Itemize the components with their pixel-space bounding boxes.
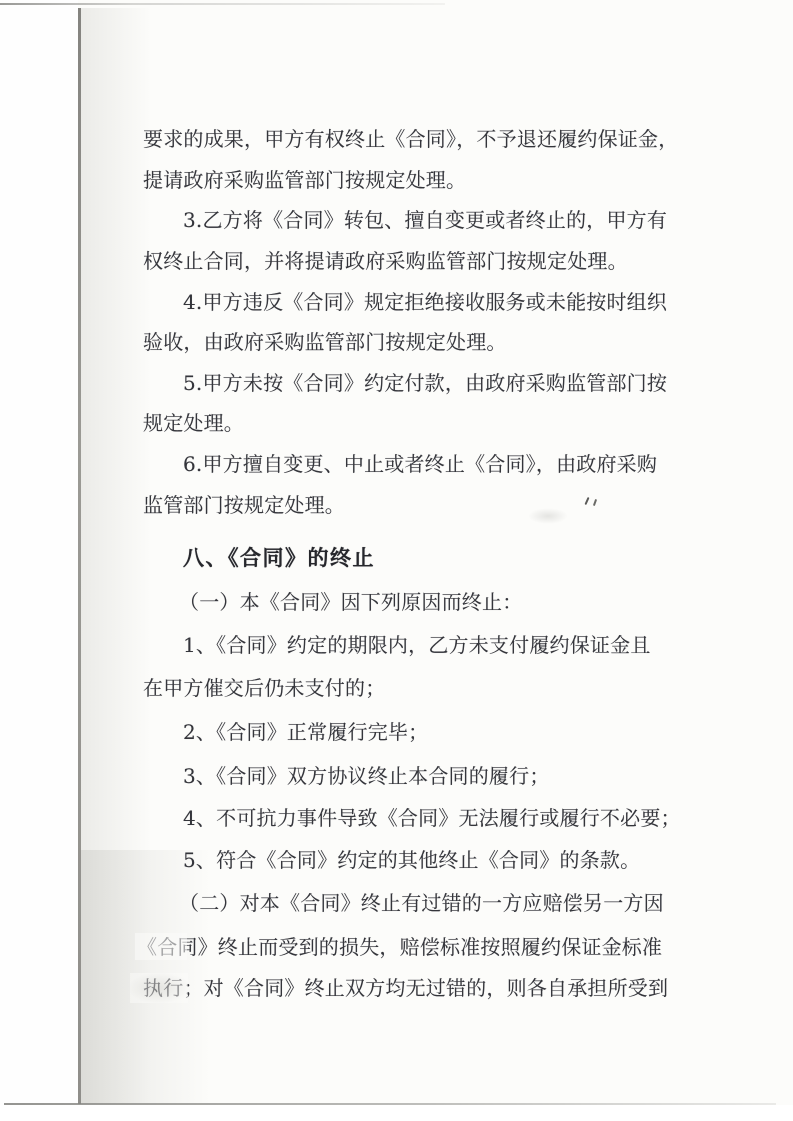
page-fold-line bbox=[78, 8, 81, 1104]
text-line: 5、符合《合同》约定的其他终止《合同》的条款。 bbox=[183, 849, 640, 872]
scan-smudge bbox=[528, 508, 568, 524]
scan-top-edge-line bbox=[0, 3, 445, 5]
pen-stroke bbox=[584, 497, 589, 505]
section-heading: 八、《合同》的终止 bbox=[183, 546, 375, 569]
text-line: 4、不可抗力事件导致《合同》无法履行或履行不必要； bbox=[183, 807, 681, 830]
scanned-page: 要求的成果，甲方有权终止《合同》，不予退还履约保证金， 提请政府采购监管部门按规… bbox=[0, 0, 793, 1121]
text-line: 执行；对《合同》终止双方均无过错的，则各自承担所受到 bbox=[143, 977, 668, 1000]
faded-ink-artifact bbox=[135, 933, 187, 960]
text-line: 提请政府采购监管部门按规定处理。 bbox=[143, 169, 466, 192]
text-line: 规定处理。 bbox=[143, 412, 244, 435]
text-line: 《合同》终止而受到的损失，赔偿标准按照履约保证金标准 bbox=[137, 936, 662, 959]
text-line: 4.甲方违反《合同》规定拒绝接收服务或未能按时组织 bbox=[183, 291, 667, 314]
scan-outside-area bbox=[0, 1105, 793, 1121]
text-line: 在甲方催交后仍未支付的； bbox=[143, 677, 385, 700]
faded-ink-artifact bbox=[130, 973, 188, 1003]
text-line: 验收，由政府采购监管部门按规定处理。 bbox=[143, 331, 507, 354]
text-line: 权终止合同，并将提请政府采购监管部门按规定处理。 bbox=[143, 250, 628, 273]
text-line: 3.乙方将《合同》转包、擅自变更或者终止的，甲方有 bbox=[183, 209, 667, 232]
text-line: 要求的成果，甲方有权终止《合同》，不予退还履约保证金， bbox=[143, 128, 678, 151]
text-line: （一）本《合同》因下列原因而终止： bbox=[179, 591, 522, 614]
pen-mark bbox=[584, 496, 600, 510]
text-line: 5.甲方未按《合同》约定付款，由政府采购监管部门按 bbox=[183, 372, 667, 395]
text-line: 监管部门按规定处理。 bbox=[143, 494, 345, 517]
text-line: 1、《合同》约定的期限内，乙方未支付履约保证金且 bbox=[183, 634, 651, 657]
text-line: 3、《合同》双方协议终止本合同的履行； bbox=[183, 765, 550, 788]
pen-stroke bbox=[593, 499, 597, 506]
scan-left-margin bbox=[0, 0, 78, 1121]
text-line: 6.甲方擅自变更、中止或者终止《合同》，由政府采购 bbox=[183, 453, 657, 476]
text-line: （二）对本《合同》终止有过错的一方应赔偿另一方因 bbox=[179, 892, 664, 915]
text-line: 2、《合同》正常履行完毕； bbox=[183, 721, 428, 744]
